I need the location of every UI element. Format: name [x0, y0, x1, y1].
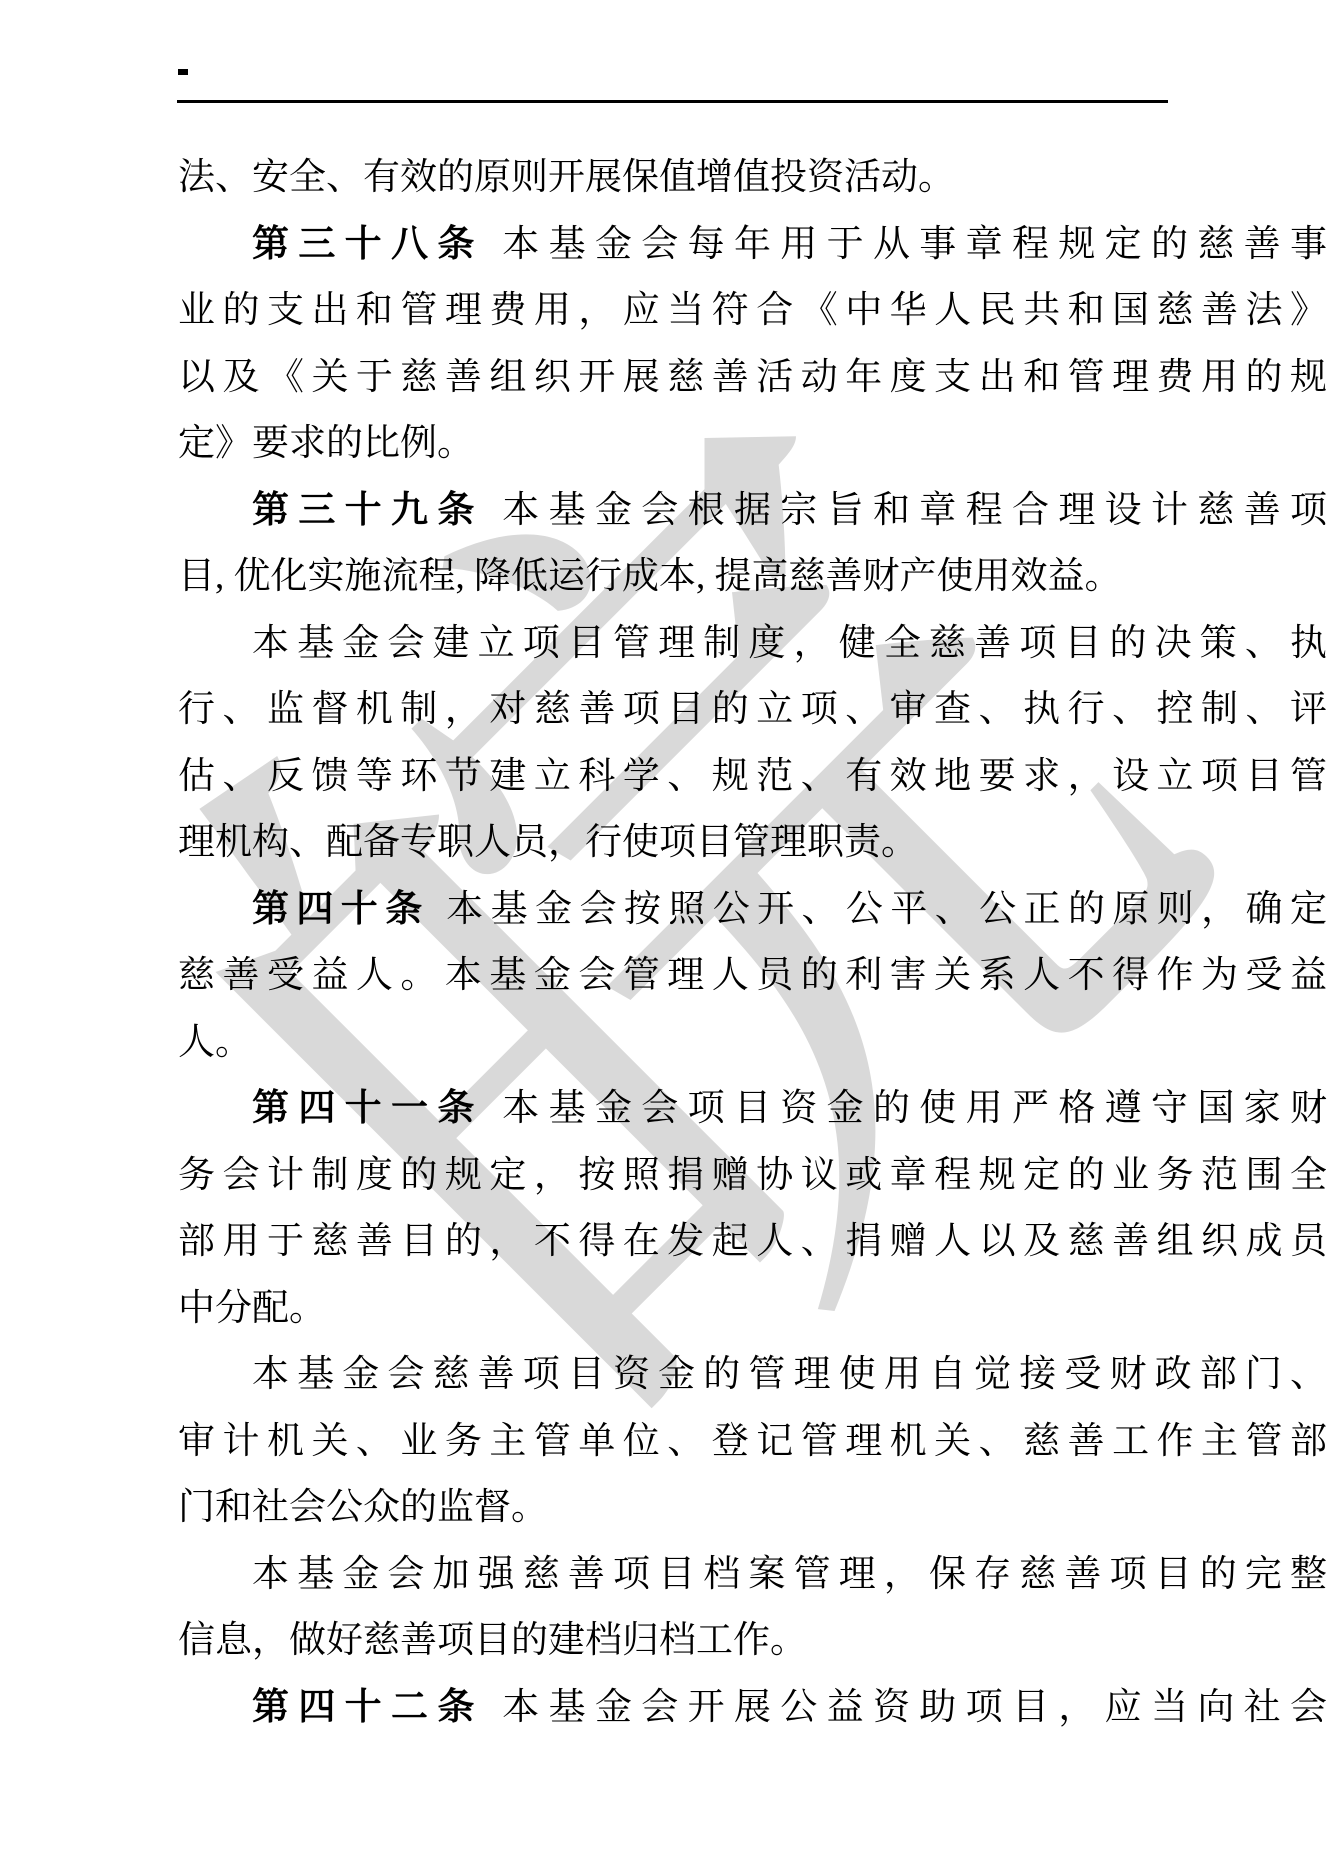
article-number: 第四十条	[252, 889, 430, 930]
text-line: 第三十八条 本基金会每年用于从事章程规定的慈善事	[178, 212, 1327, 279]
article-number: 第三十八条	[252, 224, 484, 265]
text-line: 慈善受益人。本基金会管理人员的利害关系人不得作为受益	[178, 943, 1327, 1010]
text-line: 中分配。	[178, 1276, 1327, 1343]
line-text: 本基金会加强慈善项目档案管理，保存慈善项目的完整	[252, 1554, 1327, 1595]
text-line: 本基金会建立项目管理制度，健全慈善项目的决策、执	[178, 611, 1327, 678]
text-line: 人。	[178, 1010, 1327, 1077]
text-line: 门和社会公众的监督。	[178, 1475, 1327, 1542]
line-text: 中分配。	[178, 1288, 326, 1329]
text-line: 业的支出和管理费用，应当符合《中华人民共和国慈善法》	[178, 278, 1327, 345]
article-number: 第四十二条	[252, 1687, 484, 1728]
line-text: 法、安全、有效的原则开展保值增值投资活动。	[178, 157, 955, 198]
header-dash-mark	[178, 69, 188, 75]
article-number: 第四十一条	[252, 1088, 484, 1129]
line-text: 目, 优化实施流程, 降低运行成本, 提高慈善财产使用效益。	[178, 556, 1122, 597]
text-line: 本基金会慈善项目资金的管理使用自觉接受财政部门、	[178, 1342, 1327, 1409]
text-line: 第三十九条 本基金会根据宗旨和章程合理设计慈善项	[178, 478, 1327, 545]
line-text: 审计机关、业务主管单位、登记管理机关、慈善工作主管部	[178, 1421, 1327, 1462]
line-text: 本基金会建立项目管理制度，健全慈善项目的决策、执	[252, 623, 1327, 664]
text-line: 理机构、配备专职人员，行使项目管理职责。	[178, 810, 1327, 877]
header-rule	[177, 100, 1168, 103]
article-number: 第三十九条	[252, 490, 484, 531]
text-line: 本基金会加强慈善项目档案管理，保存慈善项目的完整	[178, 1542, 1327, 1609]
text-line: 以及《关于慈善组织开展慈善活动年度支出和管理费用的规	[178, 345, 1327, 412]
line-text: 人。	[178, 1022, 252, 1063]
line-text: 本基金会根据宗旨和章程合理设计慈善项	[484, 490, 1327, 531]
text-line: 目, 优化实施流程, 降低运行成本, 提高慈善财产使用效益。	[178, 544, 1327, 611]
text-line: 定》要求的比例。	[178, 411, 1327, 478]
line-text: 部用于慈善目的，不得在发起人、捐赠人以及慈善组织成员	[178, 1221, 1327, 1262]
text-line: 法、安全、有效的原则开展保值增值投资活动。	[178, 145, 1327, 212]
line-text: 本基金会开展公益资助项目，应当向社会	[484, 1687, 1327, 1728]
text-line: 务会计制度的规定，按照捐赠协议或章程规定的业务范围全	[178, 1143, 1327, 1210]
document-page: 皖 法、安全、有效的原则开展保值增值投资活动。第三十八条 本基金会每年用于从事章…	[0, 0, 1340, 1876]
text-line: 估、反馈等环节建立科学、规范、有效地要求，设立项目管	[178, 744, 1327, 811]
line-text: 本基金会慈善项目资金的管理使用自觉接受财政部门、	[252, 1354, 1327, 1395]
line-text: 务会计制度的规定，按照捐赠协议或章程规定的业务范围全	[178, 1155, 1327, 1196]
text-line: 第四十二条 本基金会开展公益资助项目，应当向社会	[178, 1675, 1327, 1742]
line-text: 慈善受益人。本基金会管理人员的利害关系人不得作为受益	[178, 955, 1327, 996]
text-line: 第四十条 本基金会按照公开、公平、公正的原则，确定	[178, 877, 1327, 944]
charter-text-block: 法、安全、有效的原则开展保值增值投资活动。第三十八条 本基金会每年用于从事章程规…	[178, 145, 1327, 1741]
text-line: 审计机关、业务主管单位、登记管理机关、慈善工作主管部	[178, 1409, 1327, 1476]
line-text: 行、监督机制，对慈善项目的立项、审查、执行、控制、评	[178, 689, 1327, 730]
text-line: 行、监督机制，对慈善项目的立项、审查、执行、控制、评	[178, 677, 1327, 744]
line-text: 本基金会项目资金的使用严格遵守国家财	[484, 1088, 1327, 1129]
line-text: 定》要求的比例。	[178, 423, 474, 464]
text-line: 信息，做好慈善项目的建档归档工作。	[178, 1608, 1327, 1675]
line-text: 以及《关于慈善组织开展慈善活动年度支出和管理费用的规	[178, 357, 1327, 398]
line-text: 信息，做好慈善项目的建档归档工作。	[178, 1620, 807, 1661]
line-text: 估、反馈等环节建立科学、规范、有效地要求，设立项目管	[178, 756, 1327, 797]
line-text: 业的支出和管理费用，应当符合《中华人民共和国慈善法》	[178, 290, 1327, 331]
line-text: 门和社会公众的监督。	[178, 1487, 548, 1528]
line-text: 理机构、配备专职人员，行使项目管理职责。	[178, 822, 918, 863]
line-text: 本基金会每年用于从事章程规定的慈善事	[484, 224, 1327, 265]
text-line: 部用于慈善目的，不得在发起人、捐赠人以及慈善组织成员	[178, 1209, 1327, 1276]
line-text: 本基金会按照公开、公平、公正的原则，确定	[430, 889, 1327, 930]
text-line: 第四十一条 本基金会项目资金的使用严格遵守国家财	[178, 1076, 1327, 1143]
